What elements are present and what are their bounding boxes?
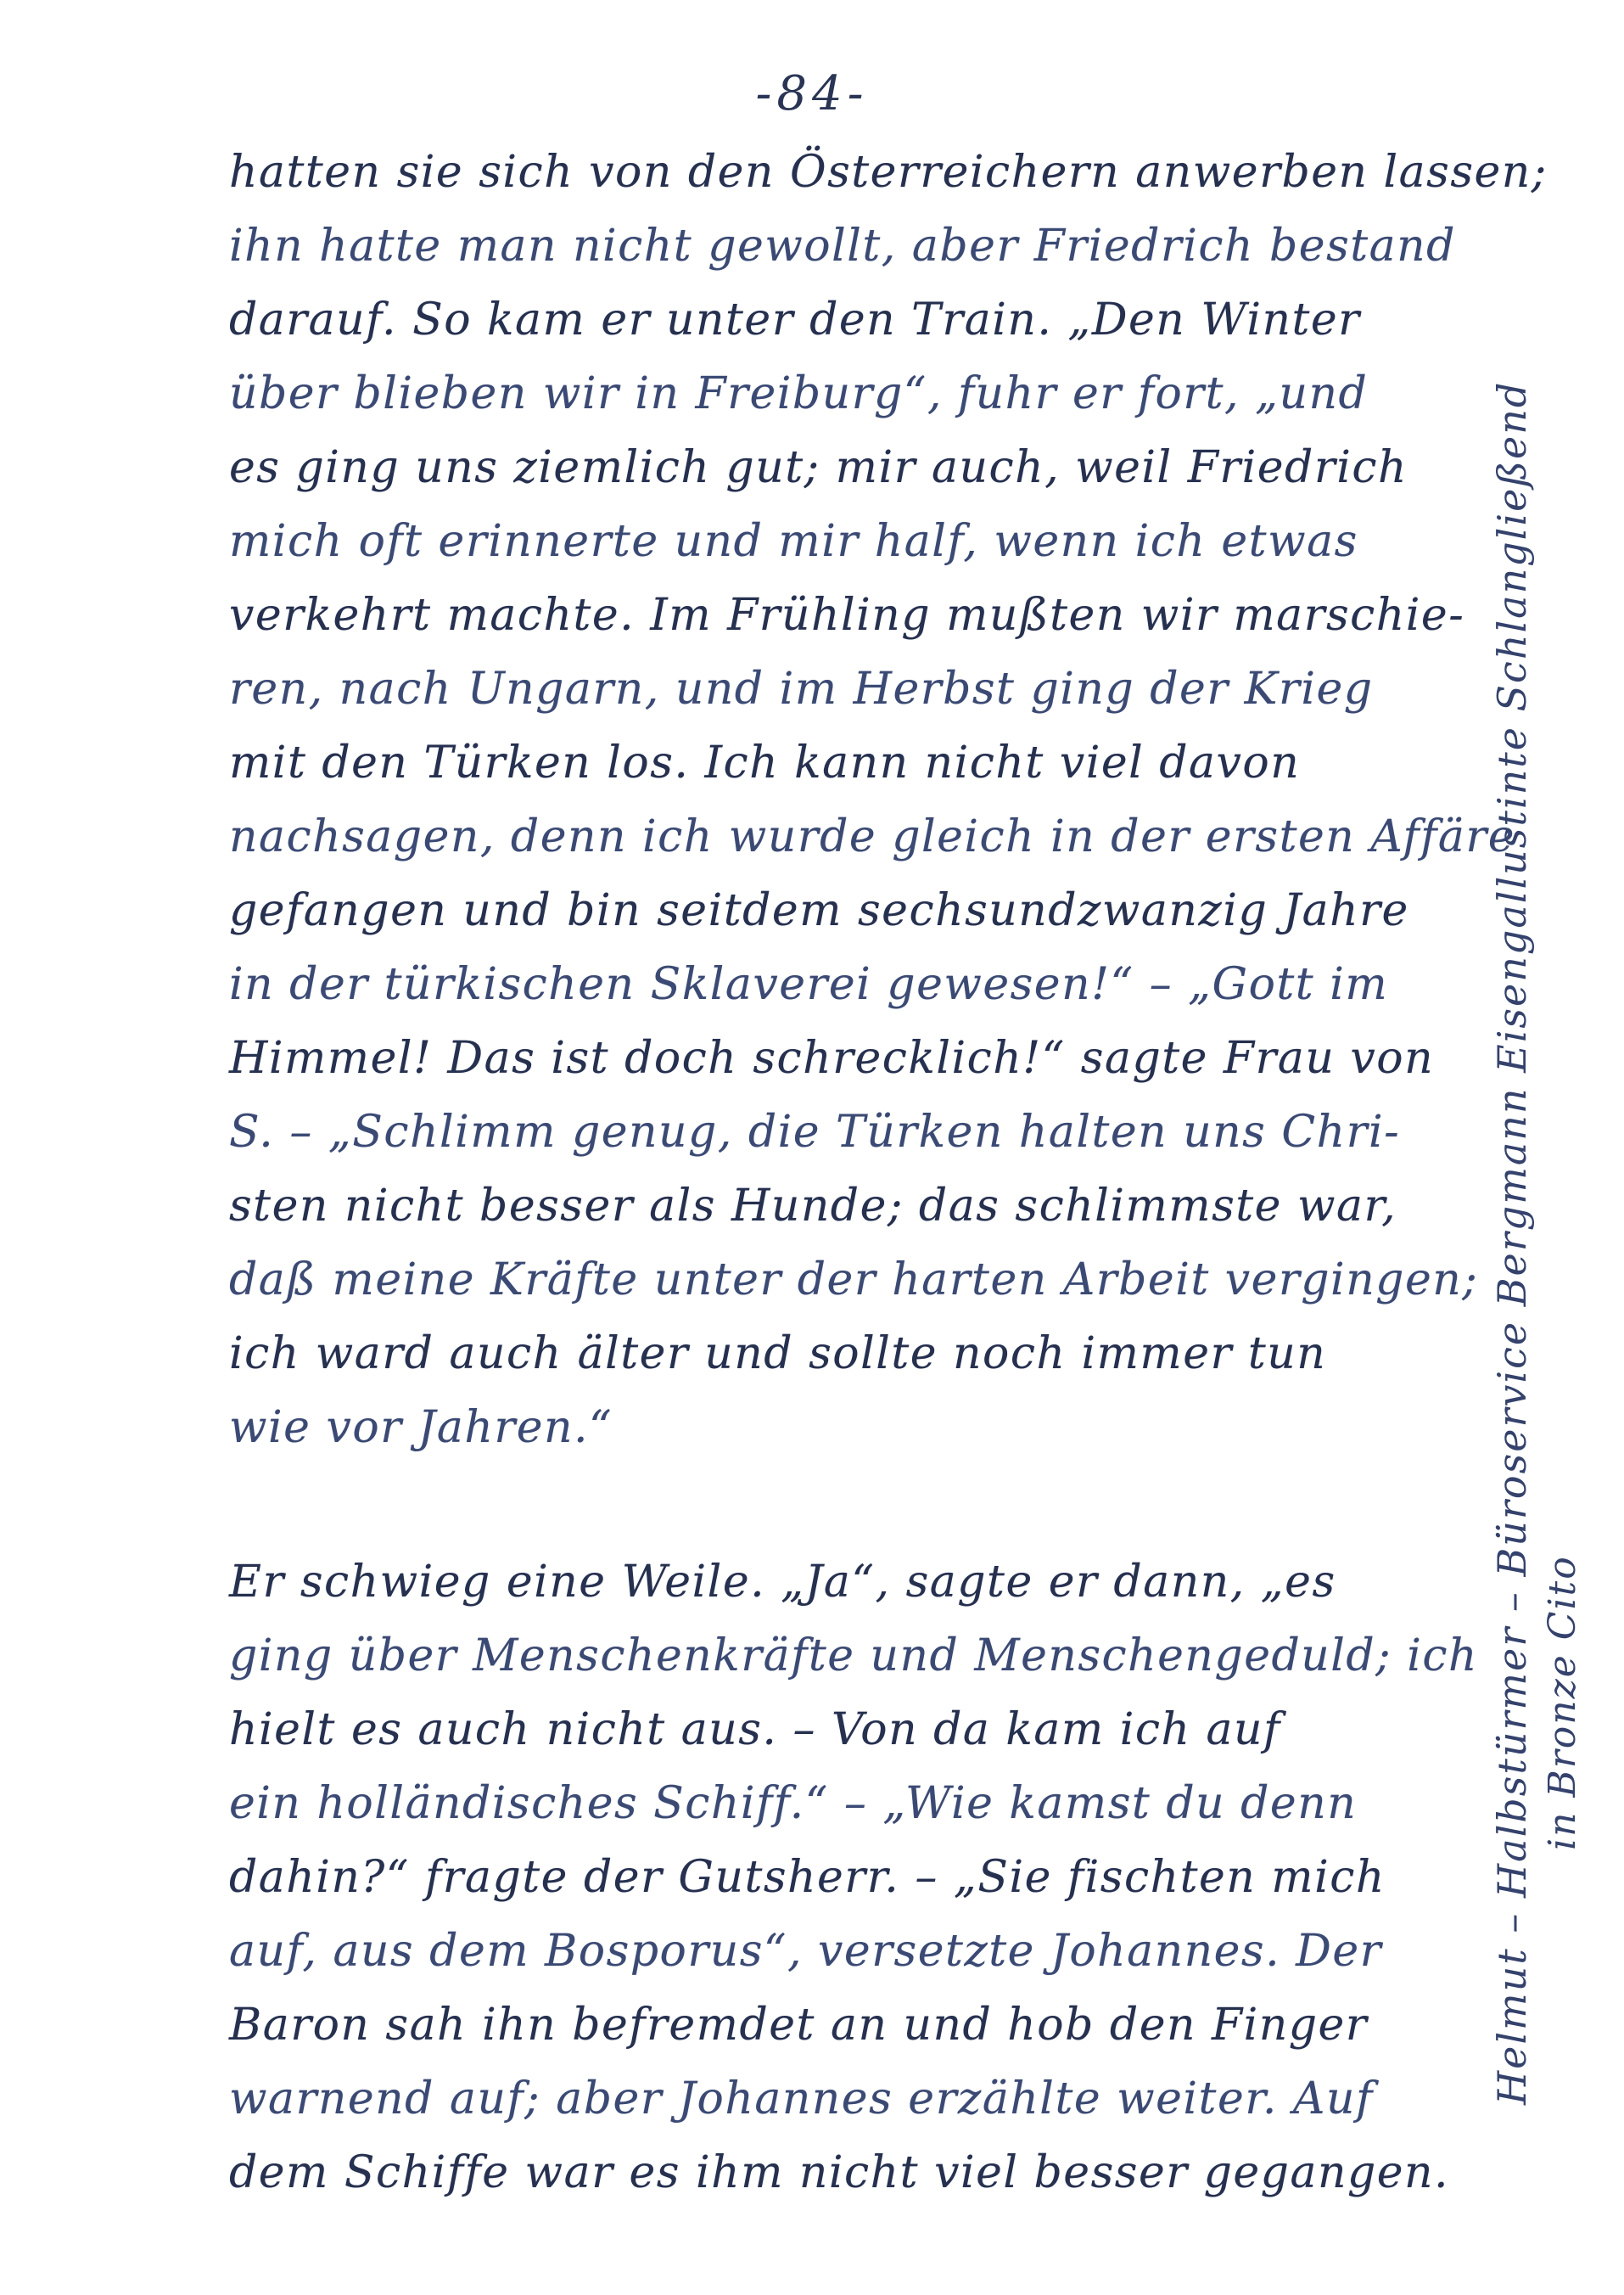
text-line: über blieben wir in Freiburg“, fuhr er f… — [229, 357, 1451, 431]
text-line: es ging uns ziemlich gut; mir auch, weil… — [229, 431, 1451, 505]
text-line: hatten sie sich von den Österreichern an… — [229, 136, 1451, 210]
text-line: ich ward auch älter und sollte noch imme… — [229, 1317, 1451, 1391]
paragraph-2: Er schwieg eine Weile. „Ja“, sagte er da… — [229, 1546, 1451, 2210]
text-line: auf, aus dem Bosporus“, versetzte Johann… — [229, 1915, 1451, 1989]
margin-note-vertical: Helmut – Halbstürmer – Büroservice Bergm… — [1487, 381, 1588, 2105]
paragraph-1: hatten sie sich von den Österreichern an… — [229, 136, 1451, 1465]
text-line: dahin?“ fragte der Gutsherr. – „Sie fisc… — [229, 1841, 1451, 1915]
text-line: wie vor Jahren.“ — [229, 1391, 1451, 1465]
margin-note-line-2: in Bronze Cito — [1537, 381, 1588, 2105]
manuscript-page: -84- hatten sie sich von den Österreiche… — [0, 0, 1624, 2295]
text-line: in der türkischen Sklaverei gewesen!“ – … — [229, 948, 1451, 1022]
text-line: Er schwieg eine Weile. „Ja“, sagte er da… — [229, 1546, 1451, 1619]
text-line: mit den Türken los. Ich kann nicht viel … — [229, 727, 1451, 800]
text-line: Himmel! Das ist doch schrecklich!“ sagte… — [229, 1022, 1451, 1096]
text-line: S. – „Schlimm genug, die Türken halten u… — [229, 1096, 1451, 1170]
text-line: verkehrt machte. Im Frühling mußten wir … — [229, 579, 1451, 653]
text-line: ihn hatte man nicht gewollt, aber Friedr… — [229, 210, 1451, 283]
text-line: Baron sah ihn befremdet an und hob den F… — [229, 1989, 1451, 2062]
text-line: nachsagen, denn ich wurde gleich in der … — [229, 800, 1451, 874]
text-line: daß meine Kräfte unter der harten Arbeit… — [229, 1243, 1451, 1317]
manuscript-body: hatten sie sich von den Österreichern an… — [229, 136, 1451, 2210]
text-line: warnend auf; aber Johannes erzählte weit… — [229, 2062, 1451, 2136]
text-line: gefangen und bin seitdem sechsundzwanzig… — [229, 874, 1451, 948]
text-line: darauf. So kam er unter den Train. „Den … — [229, 283, 1451, 357]
margin-note-line-1: Helmut – Halbstürmer – Büroservice Bergm… — [1489, 381, 1535, 2105]
paragraph-gap — [229, 1465, 1451, 1546]
text-line: ren, nach Ungarn, und im Herbst ging der… — [229, 653, 1451, 727]
text-line: ein holländisches Schiff.“ – „Wie kamst … — [229, 1767, 1451, 1841]
text-line: sten nicht besser als Hunde; das schlimm… — [229, 1170, 1451, 1243]
text-line: hielt es auch nicht aus. – Von da kam ic… — [229, 1693, 1451, 1767]
page-number: -84- — [0, 66, 1624, 121]
text-line: dem Schiffe war es ihm nicht viel besser… — [229, 2136, 1451, 2210]
text-line: ging über Menschenkräfte und Menschenged… — [229, 1619, 1451, 1693]
text-line: mich oft erinnerte und mir half, wenn ic… — [229, 505, 1451, 579]
